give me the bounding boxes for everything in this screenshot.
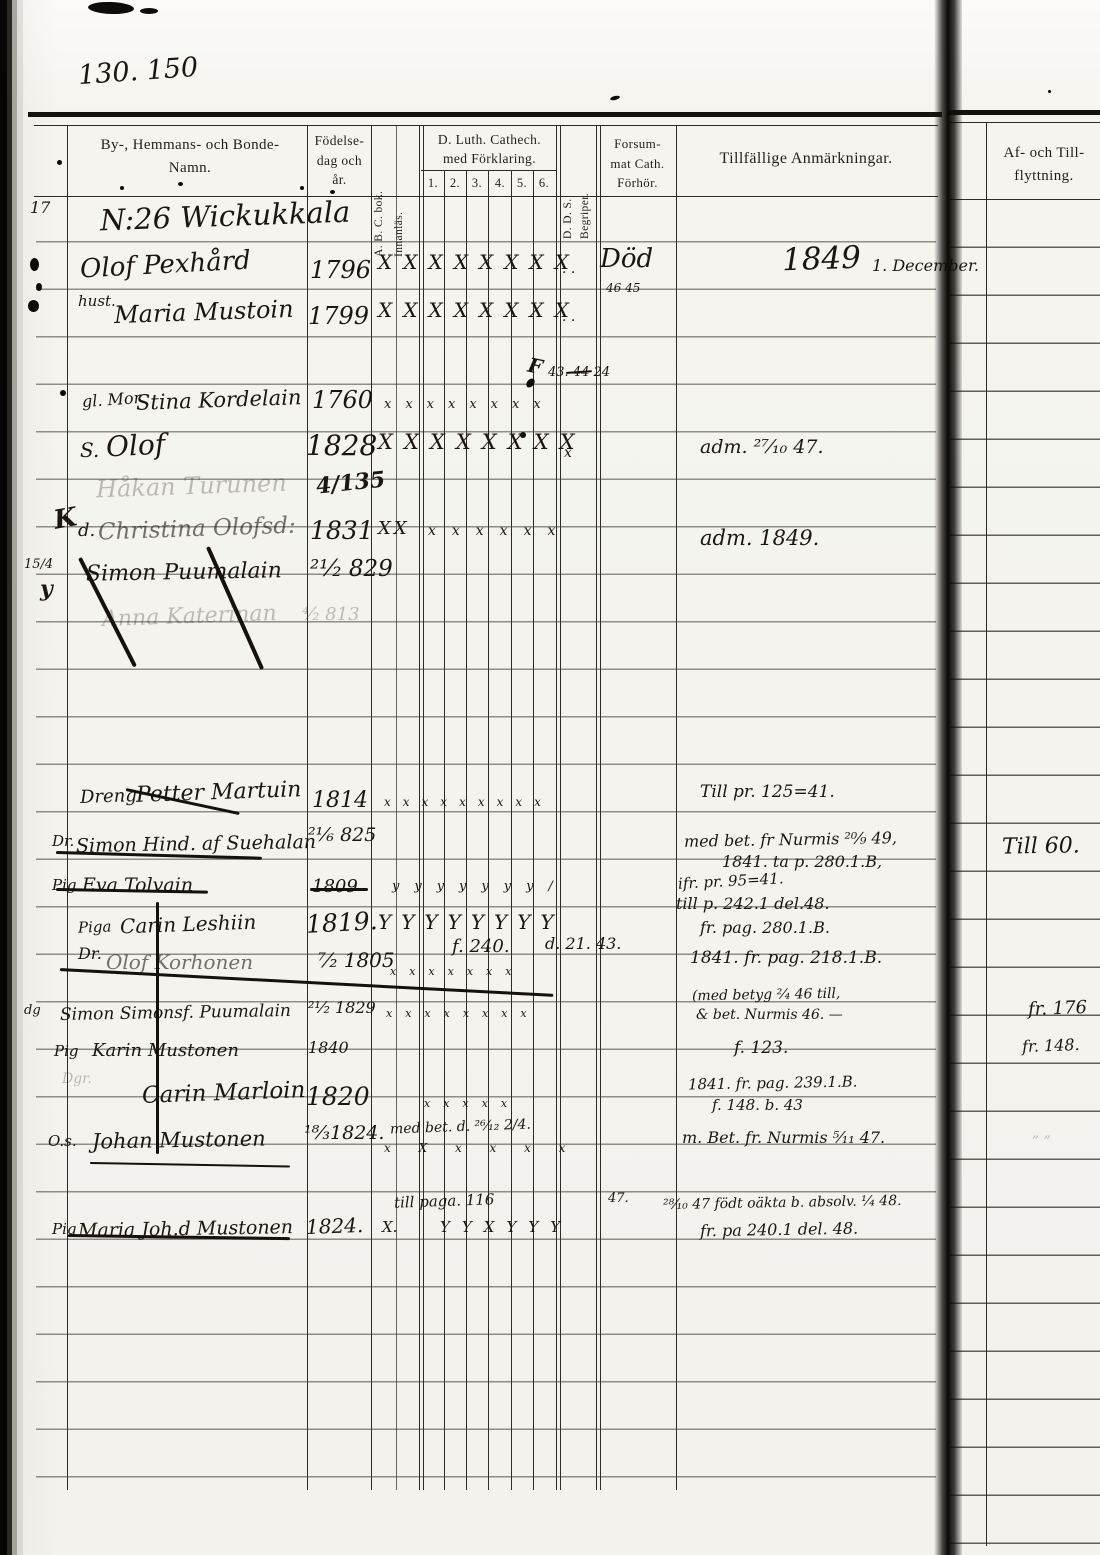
header-flyttning-line2: flyttning. bbox=[988, 165, 1100, 188]
header-catechism: D. Luth. Cathech. med Förklaring. bbox=[423, 131, 556, 169]
record-name: Christina Olofsd: bbox=[98, 515, 297, 545]
folio-numbers: 130. 150 bbox=[77, 54, 199, 89]
column-line bbox=[556, 126, 557, 1490]
record-name: Simon Puumalain bbox=[86, 560, 282, 585]
record-remark-2: 1841. ta p. 280.1.B, bbox=[722, 854, 882, 870]
record-birthyear: 1828 bbox=[306, 432, 377, 460]
header-forsummat-line2: mat Cath. bbox=[599, 154, 676, 174]
record-birthyear: ⁷⁄₂ 1805 bbox=[318, 950, 395, 970]
record-name: Anna Katerinan bbox=[102, 603, 277, 631]
record-marks: XXXXXXXX bbox=[378, 300, 580, 320]
record-birthyear: 1814 bbox=[312, 790, 368, 812]
header-birthdate-line2: dag och bbox=[308, 151, 371, 171]
margin-mark: dg bbox=[24, 1004, 41, 1017]
ink-blot bbox=[300, 186, 304, 190]
stray-vertical-stroke bbox=[156, 902, 159, 1154]
right-page-top-rule-inner bbox=[950, 122, 1100, 123]
record-flyttning: „ „ bbox=[1032, 1126, 1051, 1140]
record-remark: Till pr. 125=41. bbox=[700, 784, 835, 801]
record-birthyear: ²¹⁄₂ 1829 bbox=[308, 1000, 376, 1016]
record-forsummat-sub: 46 45 bbox=[606, 282, 640, 294]
margin-mark: K bbox=[52, 504, 79, 534]
record-marks: YYYYYYYY bbox=[378, 912, 564, 932]
record-marks: XX bbox=[378, 520, 410, 538]
record-prefix: gl. Mor bbox=[82, 390, 142, 410]
header-bottom-rule bbox=[34, 196, 938, 197]
record-forsummat: 47. bbox=[608, 1192, 629, 1205]
record-remark-1: 1841. fr. pag. 239.1.B. bbox=[688, 1075, 858, 1093]
record-name: Carin Marloin bbox=[142, 1079, 306, 1108]
header-birthdate-line3: år. bbox=[308, 170, 371, 190]
record-flyttning: fr. 148. bbox=[1022, 1037, 1080, 1055]
record-remark-2: f. 148. b. 43 bbox=[712, 1098, 803, 1113]
record-note-1: f. 240. bbox=[452, 938, 510, 956]
record-remark-1: ifr. pr. 95=41. bbox=[678, 871, 784, 892]
record-marks: xxxxxxxx bbox=[384, 398, 555, 411]
record-prefix: Dgr. bbox=[62, 1072, 92, 1086]
column-line bbox=[596, 126, 597, 1490]
record-marks: x X x x x x bbox=[384, 1142, 577, 1154]
record-remark: adm. 1849. bbox=[700, 528, 819, 549]
record-prefix: d. bbox=[78, 522, 95, 540]
record-remark-1: med bet. fr Nurmis ²⁰⁄₉ 49, bbox=[684, 830, 897, 850]
column-line bbox=[307, 126, 308, 1490]
ink-blot bbox=[520, 432, 526, 438]
header-forsummat-line1: Forsum- bbox=[599, 134, 676, 154]
record-marks: xxxxx bbox=[424, 1098, 520, 1109]
header-cat-col-5: 5. bbox=[511, 176, 533, 191]
record-remark: 1. December. bbox=[872, 258, 979, 274]
right-column-line bbox=[986, 122, 987, 1546]
record-name: Simon Simonsf. Puumalain bbox=[60, 1003, 291, 1024]
record-birthyear: 1840 bbox=[308, 1040, 349, 1056]
record-remark-1: ²⁸⁄₁₀ 47 födt oäkta b. absolv. ¹⁄₄ 48. bbox=[663, 1194, 902, 1212]
record-forsummat-mark: F bbox=[526, 355, 544, 378]
header-innanlas: Innanläs. bbox=[393, 129, 405, 257]
record-marks-extra: · · bbox=[562, 314, 575, 328]
parish-register-scan: 130. 150 By-, Hemmans- och Bonde-Namn. F… bbox=[0, 0, 1100, 1555]
record-marks: XXXXXXXX bbox=[378, 432, 586, 453]
record-remark: f. 123. bbox=[734, 1040, 788, 1057]
record-remark: 1841. fr. pag. 218.1.B. bbox=[690, 950, 882, 967]
record-marks-extra: · · bbox=[562, 266, 575, 280]
record-name: Johan Mustonen bbox=[92, 1128, 266, 1152]
record-birthyear: 1799 bbox=[308, 304, 369, 328]
record-prefix: S. bbox=[80, 440, 99, 460]
header-forsummat-line3: Förhör. bbox=[599, 173, 676, 193]
header-catechism-line2: med Förklaring. bbox=[423, 150, 556, 169]
ink-blot bbox=[120, 186, 124, 190]
record-birthyear: 1760 bbox=[312, 388, 373, 412]
record-name: Håkan Turunen bbox=[96, 471, 287, 502]
header-cat-col-1: 1. bbox=[422, 176, 444, 191]
record-marks-extra: x bbox=[564, 446, 572, 460]
strike-line bbox=[310, 888, 368, 891]
record-marks-2: xxxxxx bbox=[428, 524, 571, 538]
record-name: Karin Mustonen bbox=[92, 1042, 239, 1060]
record-birthyear: ¹⁸⁄₃1824. bbox=[304, 1124, 384, 1143]
header-flyttning-line1: Af- och Till- bbox=[988, 142, 1100, 165]
record-birthyear: 1831 bbox=[310, 518, 374, 543]
header-cat-col-4: 4. bbox=[489, 176, 511, 191]
ink-blot bbox=[28, 300, 39, 312]
column-line bbox=[466, 170, 467, 1490]
record-name: Olof Korhonen bbox=[106, 952, 253, 972]
header-flyttning: Af- och Till- flyttning. bbox=[988, 142, 1100, 189]
ink-blot bbox=[178, 182, 183, 186]
record-forsummat: Död bbox=[600, 246, 653, 272]
record-birthyear: ²¹⁄₂ 829 bbox=[310, 558, 393, 581]
header-begriper: Begriper. bbox=[579, 129, 591, 239]
village-heading: N:26 Wickukkala bbox=[100, 198, 351, 236]
record-marks-2: YYXYYY bbox=[440, 1220, 572, 1235]
header-catechism-line1: D. Luth. Cathech. bbox=[423, 131, 556, 150]
record-prefix: Pig bbox=[54, 1044, 79, 1059]
record-birthyear: ⁴⁄₂ 813 bbox=[302, 606, 360, 624]
header-birthdate-line1: Födelse- bbox=[308, 131, 371, 151]
column-line bbox=[371, 126, 372, 1490]
header-abc-book: A. B. C. bok. bbox=[373, 129, 385, 257]
column-line bbox=[488, 170, 489, 1490]
header-birthdate: Födelse- dag och år. bbox=[308, 131, 371, 190]
header-cat-col-3: 3. bbox=[466, 176, 488, 191]
table-top-rule bbox=[28, 112, 942, 117]
table-top-rule-inner bbox=[34, 125, 938, 126]
column-line bbox=[511, 170, 512, 1490]
record-remark: adm. ²⁷⁄₁₀ 47. bbox=[700, 438, 823, 457]
record-prefix: hust. bbox=[78, 294, 116, 309]
ink-blot bbox=[36, 283, 42, 291]
record-birthyear: 1824. bbox=[306, 1215, 364, 1237]
record-flyttning: Till 60. bbox=[1002, 835, 1080, 858]
record-remark-2: fr. pa 240.1 del. 48. bbox=[700, 1221, 858, 1240]
margin-mark-2: y bbox=[40, 578, 53, 600]
record-prefix: Piga bbox=[78, 919, 112, 935]
header-forsummat: Forsum- mat Cath. Förhör. bbox=[599, 134, 676, 193]
column-line bbox=[600, 126, 601, 1490]
record-marks: xxxxxxxx bbox=[386, 1008, 540, 1019]
book-gutter bbox=[934, 0, 962, 1555]
record-birthyear: 1819. bbox=[305, 908, 378, 937]
ink-blot bbox=[60, 390, 66, 396]
record-name: Petter Martuin bbox=[136, 779, 302, 807]
book-spine-edge bbox=[0, 0, 30, 1555]
header-cat-col-2: 2. bbox=[444, 176, 466, 191]
column-line bbox=[67, 126, 68, 1490]
record-marks: XXXXXXXX bbox=[378, 252, 580, 272]
record-marks: yyyyyyy/ bbox=[392, 880, 568, 893]
header-dds: D. D. S. bbox=[562, 129, 574, 239]
ink-blot bbox=[140, 8, 158, 14]
ink-blot bbox=[30, 258, 39, 271]
right-page-top-rule bbox=[948, 110, 1100, 115]
record-marks: xxxxxxxxx bbox=[384, 796, 553, 808]
ink-blot bbox=[1048, 90, 1051, 93]
header-cat-col-6: 6. bbox=[533, 176, 555, 191]
record-birthyear: 4/135 bbox=[315, 468, 386, 497]
ink-blot bbox=[330, 190, 335, 194]
record-prefix: O.s. bbox=[48, 1134, 77, 1149]
underline-stroke bbox=[90, 1162, 290, 1167]
margin-mark: 15/4 bbox=[24, 558, 53, 571]
record-remark-2: till p. 242.1 del.48. bbox=[676, 896, 830, 912]
margin-mark: 17 bbox=[30, 200, 50, 216]
column-line bbox=[676, 126, 677, 1490]
column-line bbox=[560, 126, 561, 1490]
record-prefix: Dr. bbox=[52, 834, 74, 849]
record-marks: xxxxxxx bbox=[390, 966, 524, 977]
record-birthyear: 1796 bbox=[310, 258, 371, 282]
record-remark: m. Bet. fr. Nurmis ⁵⁄₁₁ 47. bbox=[682, 1130, 885, 1146]
ink-blot bbox=[610, 95, 621, 101]
record-name: Olof Pexhård bbox=[79, 248, 251, 283]
record-name: Stina Kordelain bbox=[136, 387, 302, 414]
right-ruled-row-lines bbox=[950, 200, 1100, 1548]
header-remarks: Tillfällige Anmärkningar. bbox=[678, 150, 934, 168]
ink-blot bbox=[88, 1, 134, 15]
record-flyttning: fr. 176 bbox=[1028, 999, 1088, 1019]
record-note-2: d. 21. 43. bbox=[545, 936, 621, 952]
record-birthyear: ²¹⁄₆ 825 bbox=[308, 826, 376, 845]
header-names: By-, Hemmans- och Bonde-Namn. bbox=[95, 134, 285, 181]
ink-blot bbox=[525, 377, 537, 389]
record-birthyear: 1809 bbox=[312, 878, 358, 896]
record-remark-year: 1849 bbox=[781, 243, 861, 277]
record-marks-1: X. bbox=[382, 1220, 397, 1235]
column-line bbox=[444, 170, 445, 1490]
record-overlay-note: med bet. d. ²⁶⁄₁₂ 2/4. bbox=[390, 1118, 531, 1137]
record-name: Olof bbox=[105, 430, 166, 461]
record-name: Carin Leshiin bbox=[120, 912, 257, 937]
record-page-note: till paga. 116 bbox=[394, 1192, 495, 1210]
record-prefix: Dr. bbox=[78, 946, 102, 962]
right-header-bottom-rule bbox=[950, 199, 1100, 200]
ink-blot bbox=[57, 160, 62, 165]
record-remark-2: & bet. Nurmis 46. — bbox=[696, 1008, 843, 1022]
record-remark-1: (med betyg ²⁄₄ 46 till, bbox=[692, 987, 841, 1004]
record-remark: fr. pag. 280.1.B. bbox=[700, 920, 830, 936]
record-birthyear: 1820 bbox=[306, 1084, 370, 1109]
record-name: Maria Mustoin bbox=[114, 297, 294, 327]
